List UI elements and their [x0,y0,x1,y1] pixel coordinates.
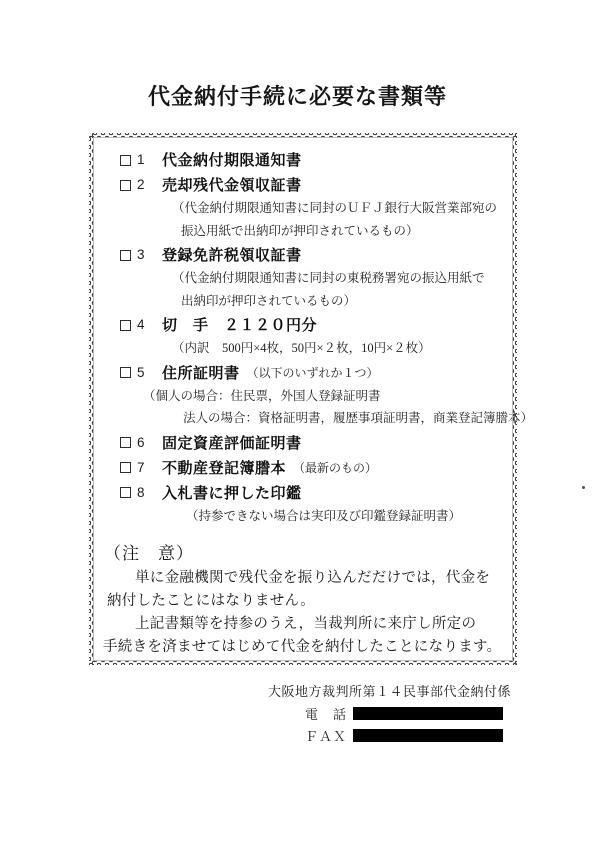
item-label: 入札書に押した印鑑 [162,482,302,503]
item-label: 住所証明書 [162,362,240,383]
item-label: 切 手 ２１２０円分 [162,314,317,335]
item-note: 振込用紙で出納印が押印されているもの） [181,220,517,243]
checklist-item-4: 4 切 手 ２１２０円分 [120,312,517,337]
item-note: （持参できない場合は実印及び印鑑登録証明書） [186,505,517,528]
item-note: （内訳 500円×4枚，50円×２枚，10円×２枚） [172,337,517,360]
document-page: 代金納付手続に必要な書類等 1 代金納付期限通知書 2 売却残代金領収証書 （代… [0,0,595,842]
checklist-item-5: 5 住所証明書 （以下のいずれか１つ） [120,360,517,385]
phone-label: 電 話 [305,704,349,723]
item-number: 6 [137,435,162,450]
notice-line: 納付したことにはなりません。 [107,590,517,613]
item-number: 7 [137,460,162,475]
notice-line: 単に金融機関で残代金を振り込んだだけでは，代金を [135,567,517,590]
checklist-content: 1 代金納付期限通知書 2 売却残代金領収証書 （代金納付期限通知書に同封のＵＦ… [89,133,517,665]
scan-artifact-dot [582,486,585,489]
checklist-box: 1 代金納付期限通知書 2 売却残代金領収証書 （代金納付期限通知書に同封のＵＦ… [89,133,517,665]
checkbox-icon [120,487,131,498]
checklist-item-7: 7 不動産登記簿謄本 （最新のもの） [120,455,517,480]
item-label: 不動産登記簿謄本 [162,457,286,478]
item-inline-note: （以下のいずれか１つ） [247,364,379,381]
checklist-item-2: 2 売却残代金領収証書 [120,172,517,197]
fax-label: ＦＡＸ [305,726,349,745]
item-note: （代金納付期限通知書に同封のＵＦＪ銀行大阪営業部宛の [172,197,517,220]
item-number: 2 [137,177,162,192]
notice-line: 上記書類等を持参のうえ，当裁判所に来庁し所定の [135,613,517,636]
checkbox-icon [120,180,131,191]
checklist-item-6: 6 固定資産評価証明書 [120,430,517,455]
fax-redaction-bar [353,729,503,742]
item-inline-note: （最新のもの） [293,459,377,476]
checkbox-icon [120,320,131,331]
checklist-item-3: 3 登録免許税領収証書 [120,242,517,267]
checklist-item-8: 8 入札書に押した印鑑 [120,480,517,505]
item-label: 売却残代金領収証書 [162,174,302,195]
checkbox-icon [120,462,131,473]
notice-line: 手続きを済ませてはじめて代金を納付したことになります。 [103,636,517,659]
item-number: 4 [137,317,162,332]
footer: 大阪地方裁判所第１４民事部代金納付係 電 話 ＦＡＸ [268,681,511,746]
checklist-item-1: 1 代金納付期限通知書 [120,147,517,172]
phone-redaction-bar [353,707,503,720]
item-note: 法人の場合：資格証明書，履歴事項証明書，商業登記簿謄本） [183,407,517,430]
checkbox-icon [120,437,131,448]
phone-row: 電 話 [268,702,511,724]
item-label: 登録免許税領収証書 [162,244,302,265]
checkbox-icon [120,155,131,166]
item-note: 出納印が押印されているもの） [181,290,517,313]
checkbox-icon [120,367,131,378]
item-note: （個人の場合：住民票，外国人登録証明書 [143,385,517,408]
item-number: 5 [137,365,162,380]
fax-row: ＦＡＸ [268,724,511,746]
item-label: 代金納付期限通知書 [162,149,302,170]
notice-heading: （注 意） [104,540,517,567]
item-number: 3 [137,247,162,262]
checkbox-icon [120,250,131,261]
item-number: 8 [137,485,162,500]
item-number: 1 [137,152,162,167]
page-title: 代金納付手続に必要な書類等 [0,80,595,111]
item-label: 固定資産評価証明書 [162,432,302,453]
notice-section: （注 意） 単に金融機関で残代金を振り込んだだけでは，代金を 納付したことにはな… [89,540,517,659]
court-office-name: 大阪地方裁判所第１４民事部代金納付係 [268,681,511,700]
item-note: （代金納付期限通知書に同封の東税務署宛の振込用紙で [172,267,517,290]
